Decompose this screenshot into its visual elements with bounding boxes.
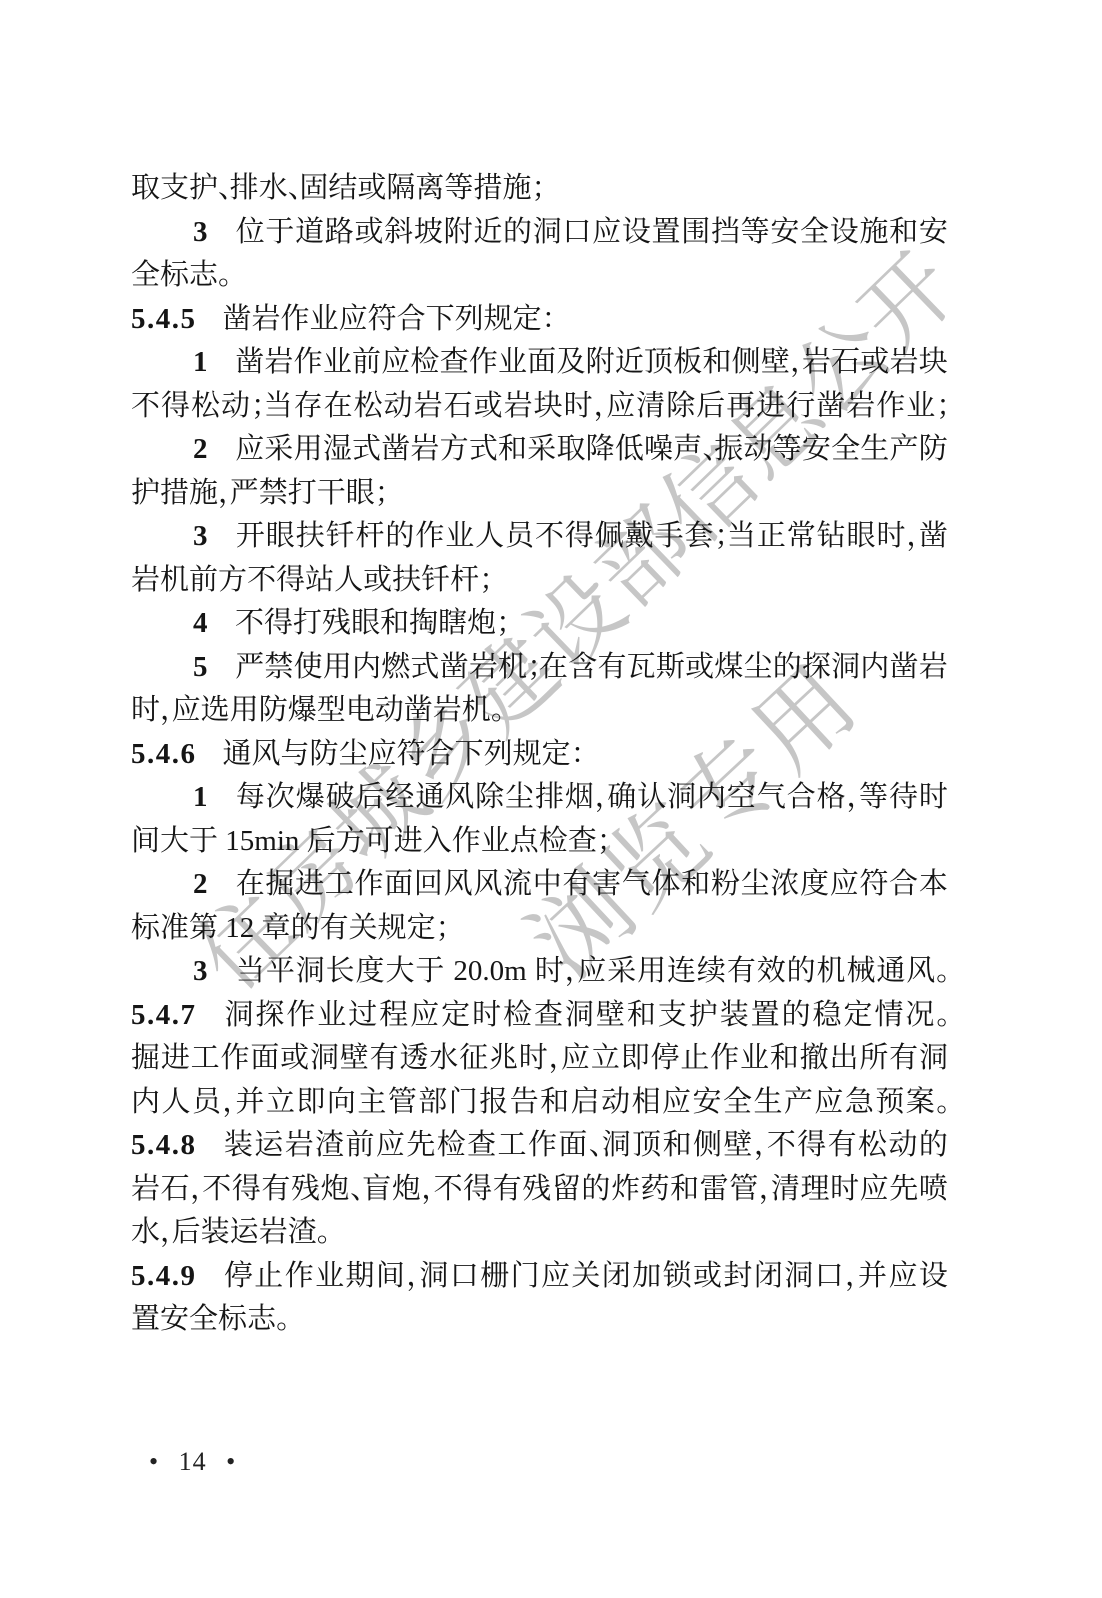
punctuation: ， <box>595 781 625 813</box>
punctuation: ， <box>421 1173 451 1205</box>
body-text: 取支护、排水、固结或隔离等措施；3位于道路或斜坡附近的洞口应设置围挡等安全设施和… <box>131 167 948 1342</box>
punctuation: ： <box>571 738 600 770</box>
punctuation: ， <box>594 390 624 422</box>
text-line: 掘进工作面或洞壁有透水征兆时，应立即停止作业和撤出所有洞 <box>131 1037 948 1081</box>
punctuation: ， <box>549 1042 579 1074</box>
text-line: 4不得打残眼和掏瞎炮； <box>131 602 948 646</box>
text-line: 5严禁使用内燃式凿岩机；在含有瓦斯或煤尘的探洞内凿岩 <box>131 646 948 690</box>
punctuation: 。 <box>317 1216 346 1248</box>
text-line: 不得松动；当存在松动岩石或岩块时，应清除后再进行凿岩作业； <box>131 385 948 429</box>
punctuation: ， <box>190 1173 220 1205</box>
item-number: 1 <box>193 781 209 813</box>
text-line: 取支护、排水、固结或隔离等措施； <box>131 167 948 211</box>
item-number: 3 <box>193 520 209 552</box>
punctuation: ； <box>436 912 465 944</box>
punctuation: 、 <box>702 433 731 465</box>
punctuation: ， <box>160 694 189 726</box>
text-line: 5.4.8装运岩渣前应先检查工作面、洞顶和侧壁，不得有松动的 <box>131 1124 948 1168</box>
punctuation: 。 <box>491 694 520 726</box>
item-number: 5 <box>193 651 209 683</box>
punctuation: ， <box>845 1260 875 1292</box>
punctuation: 。 <box>218 259 247 291</box>
punctuation: ， <box>160 1216 189 1248</box>
page-number: • 14 • <box>149 1447 236 1477</box>
text-line: 时，应选用防爆型电动凿岩机。 <box>131 689 948 733</box>
text-line: 岩机前方不得站人或扶钎杆； <box>131 559 948 603</box>
text-line: 内人员，并立即向主管部门报告和启动相应安全生产应急预案。 <box>131 1081 948 1125</box>
text-line: 水，后装运岩渣。 <box>131 1211 948 1255</box>
punctuation: ； <box>597 825 626 857</box>
item-number: 2 <box>193 868 209 900</box>
text-line: 护措施，严禁打干眼； <box>131 472 948 516</box>
text-line: 2在掘进工作面回风风流中有害气体和粉尘浓度应符合本 <box>131 863 948 907</box>
punctuation: 。 <box>936 1086 965 1118</box>
text-line: 5.4.7洞探作业过程应定时检查洞壁和支护装置的稳定情况。 <box>131 994 948 1038</box>
text-line: 2应采用湿式凿岩方式和采取降低噪声、振动等安全生产防 <box>131 428 948 472</box>
punctuation: ； <box>936 390 965 422</box>
text-line: 间大于 15min 后方可进入作业点检查； <box>131 820 948 864</box>
punctuation: ， <box>218 477 247 509</box>
text-line: 1每次爆破后经通风除尘排烟，确认洞内空气合格，等待时 <box>131 776 948 820</box>
punctuation: 、 <box>350 1173 380 1205</box>
document-page: 住房城乡建设部信息公开 浏览专用 取支护、排水、固结或隔离等措施；3位于道路或斜… <box>0 0 1102 1598</box>
text-line: 5.4.6通风与防尘应符合下列规定： <box>131 733 948 777</box>
section-number: 5.4.9 <box>131 1260 197 1292</box>
punctuation: 、 <box>589 1129 619 1161</box>
punctuation: ， <box>222 1086 252 1118</box>
punctuation: ， <box>406 1260 436 1292</box>
punctuation: ， <box>906 520 936 552</box>
text-line: 1凿岩作业前应检查作业面及附近顶板和侧壁，岩石或岩块 <box>131 341 948 385</box>
text-line: 岩石，不得有残炮、盲炮，不得有残留的炸药和雷管，清理时应先喷 <box>131 1168 948 1212</box>
punctuation: ， <box>759 1173 789 1205</box>
punctuation: ， <box>754 1129 784 1161</box>
punctuation: 。 <box>936 999 965 1031</box>
punctuation: ： <box>542 303 571 335</box>
section-number: 5.4.7 <box>131 999 197 1031</box>
text-line: 3开眼扶钎杆的作业人员不得佩戴手套；当正常钻眼时，凿 <box>131 515 948 559</box>
item-number: 1 <box>193 346 209 378</box>
section-number: 5.4.8 <box>131 1129 197 1161</box>
punctuation: ； <box>251 390 280 422</box>
item-number: 3 <box>193 955 209 987</box>
punctuation: 、 <box>218 172 247 204</box>
punctuation: ， <box>790 346 819 378</box>
section-number: 5.4.5 <box>131 303 197 335</box>
item-number: 4 <box>193 607 209 639</box>
text-line: 5.4.9停止作业期间，洞口栅门应关闭加锁或封闭洞口，并应设 <box>131 1255 948 1299</box>
punctuation: 。 <box>276 1303 305 1335</box>
item-number: 3 <box>193 216 209 248</box>
punctuation: ； <box>479 564 508 596</box>
text-line: 3位于道路或斜坡附近的洞口应设置围挡等安全设施和安 <box>131 211 948 255</box>
punctuation: 。 <box>936 955 965 987</box>
punctuation: ； <box>714 520 743 552</box>
punctuation: ； <box>527 651 556 683</box>
punctuation: ； <box>531 172 560 204</box>
text-line: 5.4.5凿岩作业应符合下列规定： <box>131 298 948 342</box>
section-number: 5.4.6 <box>131 738 197 770</box>
item-number: 2 <box>193 433 209 465</box>
punctuation: ； <box>375 477 404 509</box>
punctuation: ； <box>496 607 525 639</box>
text-line: 全标志。 <box>131 254 948 298</box>
text-line: 3当平洞长度大于 20.0m 时，应采用连续有效的机械通风。 <box>131 950 948 994</box>
text-line: 标准第 12 章的有关规定； <box>131 907 948 951</box>
punctuation: ， <box>847 781 877 813</box>
text-line: 置安全标志。 <box>131 1298 948 1342</box>
punctuation: 、 <box>288 172 317 204</box>
punctuation: ， <box>565 955 595 987</box>
